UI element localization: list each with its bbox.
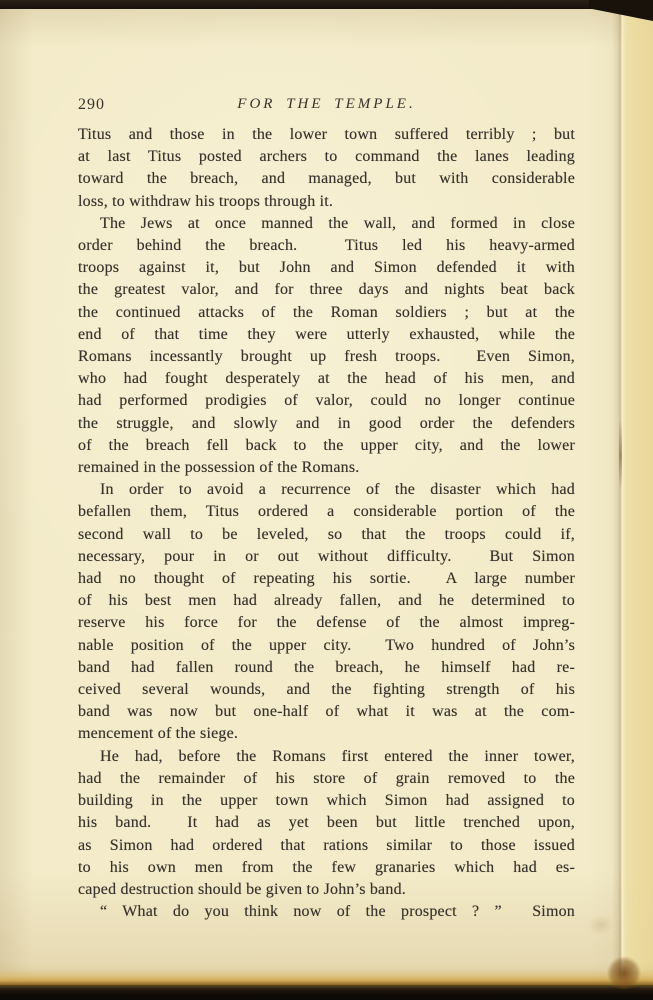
text-line: second wall to be leveled, so that the t… — [78, 524, 575, 546]
text-line: ceived several wounds, and the fighting … — [78, 679, 575, 701]
text-line: toward the breach, and managed, but with… — [78, 168, 575, 190]
text-line: Titus and those in the lower town suffer… — [78, 124, 575, 146]
text-line: necessary, pour in or out without diffic… — [78, 546, 575, 568]
page-crease — [612, 9, 626, 985]
book-cover-bottom-edge — [0, 985, 653, 1000]
paragraph: Titus and those in the lower town suffer… — [78, 124, 575, 213]
running-head: FOR THE TEMPLE. — [78, 95, 575, 113]
text-line: his band. It had as yet been but little … — [78, 812, 575, 834]
text-line: end of that time they were utterly exhau… — [78, 324, 575, 346]
text-line: building in the upper town which Simon h… — [78, 790, 575, 812]
text-line: to his own men from the few granaries wh… — [78, 857, 575, 879]
text-line: In order to avoid a recurrence of the di… — [78, 479, 575, 501]
text-line: of the breach fell back to the upper cit… — [78, 435, 575, 457]
text-line: befallen them, Titus ordered a considera… — [78, 501, 575, 523]
page-edge-strip — [622, 9, 653, 985]
scan-background: 290 FOR THE TEMPLE. Titus and those in t… — [0, 0, 653, 1000]
paragraph: The Jews at once manned the wall, and fo… — [78, 213, 575, 479]
text-line: He had, before the Romans first entered … — [78, 746, 575, 768]
text-line: the continued attacks of the Roman soldi… — [78, 302, 575, 324]
text-line: loss, to withdraw his troops through it. — [78, 191, 575, 213]
text-line: “ What do you think now of the prospect … — [78, 901, 575, 923]
text-line: reserve his force for the defense of the… — [78, 612, 575, 634]
page-crease-mark — [619, 420, 622, 490]
text-line: at last Titus posted archers to command … — [78, 146, 575, 168]
page-number: 290 — [78, 96, 105, 114]
text-line: had the remainder of his store of grain … — [78, 768, 575, 790]
text-line: band had fallen round the breach, he him… — [78, 657, 575, 679]
paragraph: In order to avoid a recurrence of the di… — [78, 479, 575, 745]
text-line: had performed prodigies of valor, could … — [78, 390, 575, 412]
page-header: 290 FOR THE TEMPLE. — [78, 95, 575, 117]
foxing-spot — [588, 915, 614, 935]
stain-bottom-right — [601, 948, 647, 994]
book-page: 290 FOR THE TEMPLE. Titus and those in t… — [0, 9, 653, 985]
text-line: remained in the possession of the Romans… — [78, 457, 575, 479]
page-stack-bottom-edges — [0, 961, 653, 985]
text-line: the greatest valor, and for three days a… — [78, 279, 575, 301]
book-cover-top-edge — [0, 0, 653, 9]
text-line: nable position of the upper city. Two hu… — [78, 635, 575, 657]
text-block: Titus and those in the lower town suffer… — [78, 124, 575, 923]
text-line: The Jews at once manned the wall, and fo… — [78, 213, 575, 235]
text-line: troops against it, but John and Simon de… — [78, 257, 575, 279]
text-line: order behind the breach. Titus led his h… — [78, 235, 575, 257]
text-line: band was now but one-half of what it was… — [78, 701, 575, 723]
text-line: of his best men had already fallen, and … — [78, 590, 575, 612]
text-line: who had fought desperately at the head o… — [78, 368, 575, 390]
text-line: the struggle, and slowly and in good ord… — [78, 413, 575, 435]
text-line: mencement of the siege. — [78, 723, 575, 745]
text-line: Romans incessantly brought up fresh troo… — [78, 346, 575, 368]
text-line: had no thought of repeating his sortie. … — [78, 568, 575, 590]
paragraph: He had, before the Romans first entered … — [78, 746, 575, 901]
paragraph: “ What do you think now of the prospect … — [78, 901, 575, 923]
text-line: caped destruction should be given to Joh… — [78, 879, 575, 901]
text-line: as Simon had ordered that rations simila… — [78, 835, 575, 857]
